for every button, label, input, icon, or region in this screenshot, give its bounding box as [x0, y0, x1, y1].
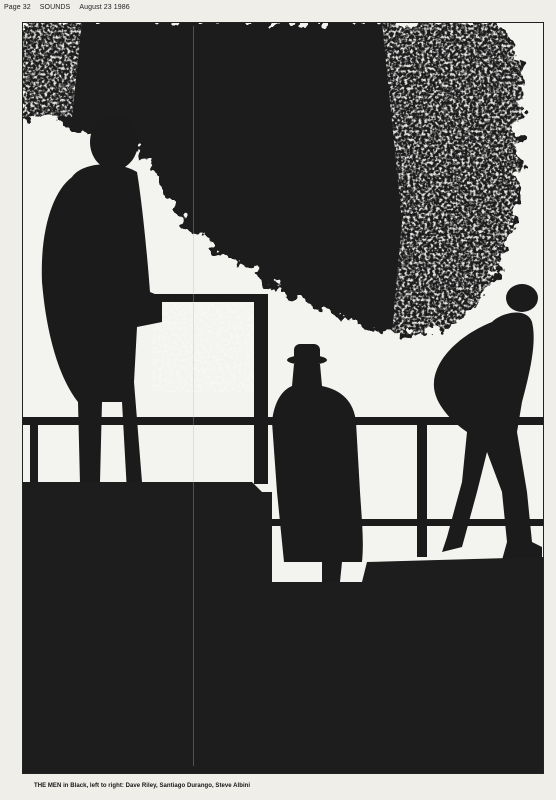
silhouette-photograph: [22, 22, 544, 774]
page-number: Page 32: [4, 4, 31, 11]
issue-date: August 23 1986: [79, 4, 129, 11]
publication-name: SOUNDS: [40, 4, 71, 11]
newspaper-page: Page 32 SOUNDS August 23 1986: [0, 0, 556, 800]
fold-crease: [193, 26, 194, 766]
photo-caption: THE MEN in Black, left to right: Dave Ri…: [34, 783, 250, 789]
page-header: Page 32 SOUNDS August 23 1986: [4, 4, 130, 11]
